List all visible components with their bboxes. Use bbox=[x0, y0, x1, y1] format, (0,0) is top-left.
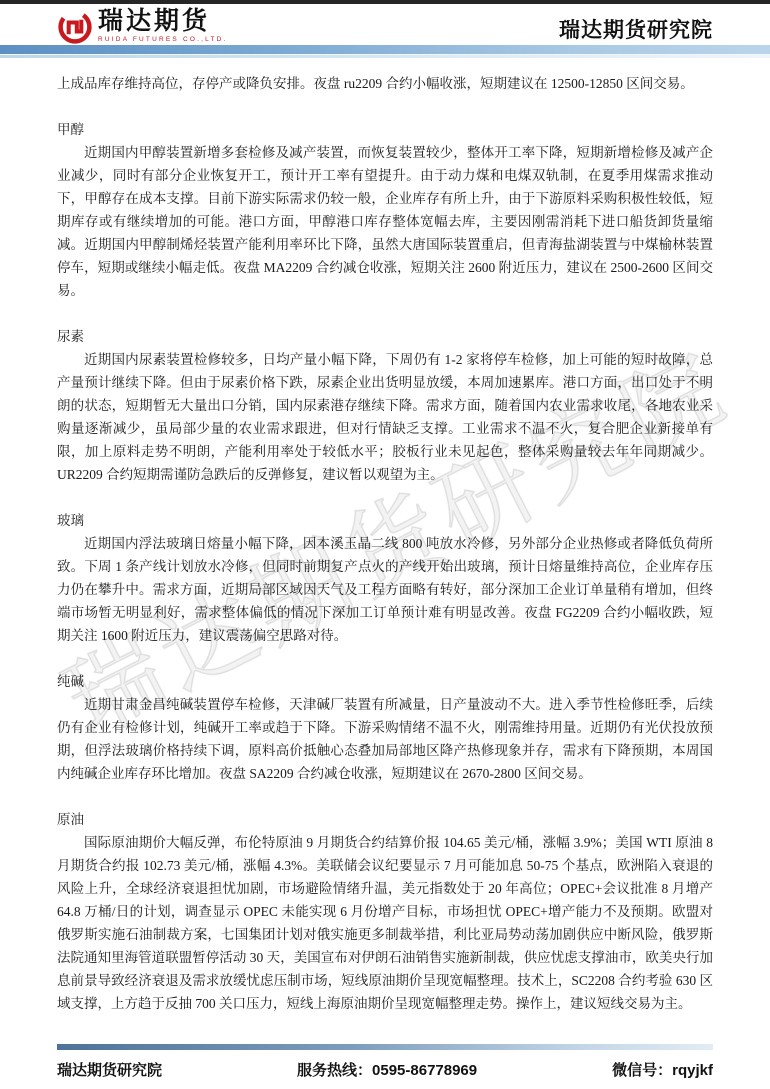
ruida-logo-icon bbox=[57, 9, 93, 45]
footer: 瑞达期货研究院 服务热线：0595-86778969 微信号：rqyjkf bbox=[0, 1044, 770, 1089]
section-title-soda-ash: 纯碱 bbox=[57, 670, 713, 693]
section-title-glass: 玻璃 bbox=[57, 509, 713, 532]
header-institute-title: 瑞达期货研究院 bbox=[559, 14, 713, 45]
intro-paragraph: 上成品库存维持高位，存停产或降负安排。夜盘 ru2209 合约小幅收涨，短期建议… bbox=[57, 72, 713, 95]
report-body: 上成品库存维持高位，存停产或降负安排。夜盘 ru2209 合约小幅收涨，短期建议… bbox=[0, 58, 770, 1015]
footer-info-row: 瑞达期货研究院 服务热线：0595-86778969 微信号：rqyjkf bbox=[57, 1059, 713, 1080]
section-body-urea: 近期国内尿素装置检修较多，日均产量小幅下降，下周仍有 1-2 家将停车检修，加上… bbox=[57, 348, 713, 486]
company-logo: 瑞达期货 RUIDA FUTURES CO.,LTD. bbox=[57, 5, 228, 45]
section-title-methanol: 甲醇 bbox=[57, 118, 713, 141]
section-body-soda-ash: 近期甘肃金昌纯碱装置停车检修，天津碱厂装置有所减量，日产量波动不大。进入季节性检… bbox=[57, 693, 713, 785]
footer-divider-bar bbox=[57, 1044, 713, 1050]
logo-name-cn: 瑞达期货 bbox=[98, 9, 228, 34]
section-title-urea: 尿素 bbox=[57, 325, 713, 348]
section-glass: 玻璃 近期国内浮法玻璃日熔量小幅下降，因本溪玉晶二线 800 吨放水冷修，另外部… bbox=[57, 509, 713, 647]
header-divider-bar bbox=[0, 45, 770, 58]
footer-wechat: 微信号：rqyjkf bbox=[612, 1059, 713, 1080]
divider-band-top bbox=[0, 45, 770, 54]
section-crude-oil: 原油 国际原油期价大幅反弹，布伦特原油 9 月期货合约结算价报 104.65 美… bbox=[57, 808, 713, 1015]
section-body-glass: 近期国内浮法玻璃日熔量小幅下降，因本溪玉晶二线 800 吨放水冷修，另外部分企业… bbox=[57, 532, 713, 647]
section-title-crude-oil: 原油 bbox=[57, 808, 713, 831]
section-body-methanol: 近期国内甲醇装置新增多套检修及减产装置，而恢复装置较少，整体开工率下降，短期新增… bbox=[57, 141, 713, 302]
logo-text: 瑞达期货 RUIDA FUTURES CO.,LTD. bbox=[98, 9, 228, 44]
section-methanol: 甲醇 近期国内甲醇装置新增多套检修及减产装置，而恢复装置较少，整体开工率下降，短… bbox=[57, 118, 713, 302]
section-soda-ash: 纯碱 近期甘肃金昌纯碱装置停车检修，天津碱厂装置有所减量，日产量波动不大。进入季… bbox=[57, 670, 713, 785]
section-body-crude-oil: 国际原油期价大幅反弹，布伦特原油 9 月期货合约结算价报 104.65 美元/桶… bbox=[57, 831, 713, 1015]
logo-name-en: RUIDA FUTURES CO.,LTD. bbox=[98, 37, 228, 44]
footer-hotline: 服务热线：0595-86778969 bbox=[297, 1059, 477, 1080]
report-page: 瑞达期货 RUIDA FUTURES CO.,LTD. 瑞达期货研究院 瑞达期货… bbox=[0, 0, 770, 1089]
footer-institute: 瑞达期货研究院 bbox=[57, 1059, 162, 1080]
section-urea: 尿素 近期国内尿素装置检修较多，日均产量小幅下降，下周仍有 1-2 家将停车检修… bbox=[57, 325, 713, 486]
header: 瑞达期货 RUIDA FUTURES CO.,LTD. 瑞达期货研究院 bbox=[0, 4, 770, 45]
